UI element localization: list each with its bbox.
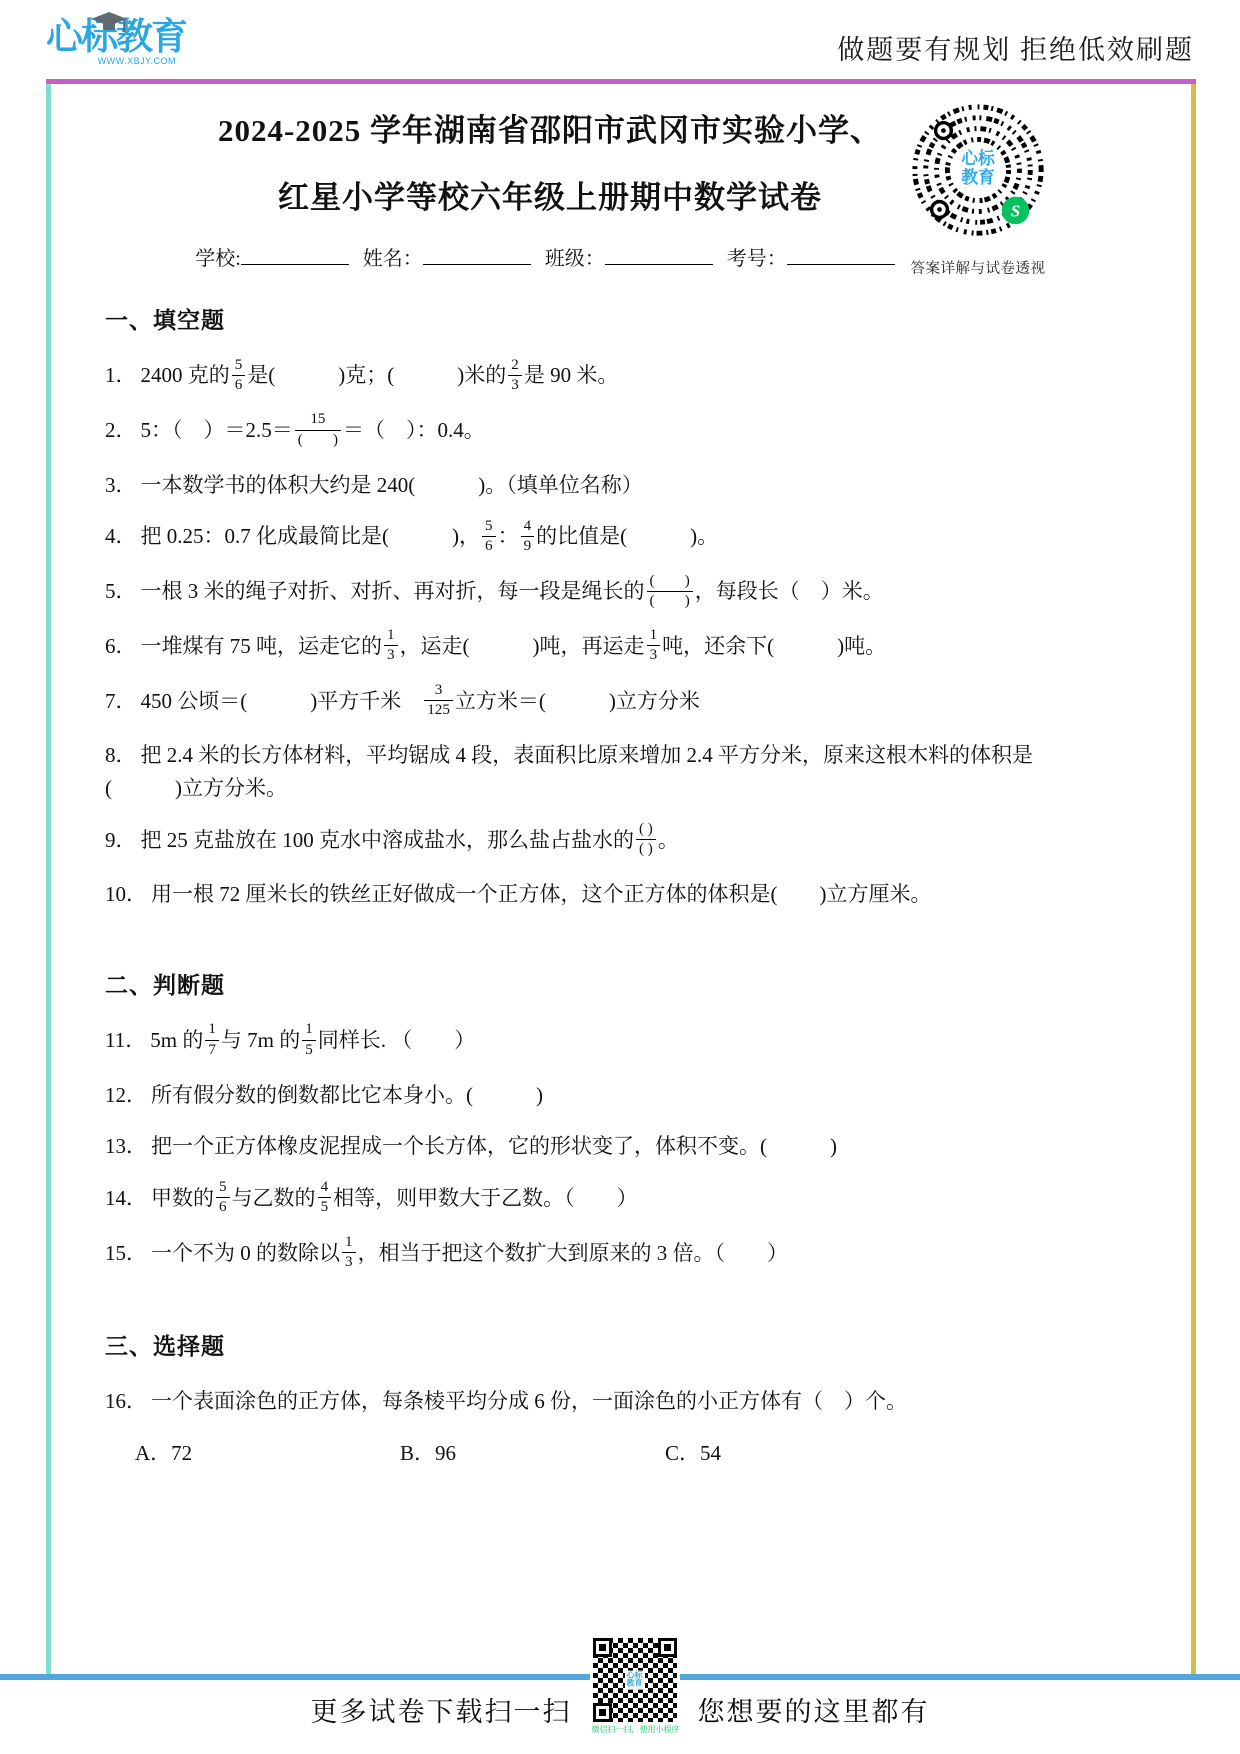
question: 4．把 0.25：0.7 化成最简比是( )，56：49的比值是( )。: [105, 520, 1100, 556]
fraction: 13: [384, 628, 398, 663]
svg-text:教育: 教育: [961, 167, 995, 187]
option: A．72: [135, 1437, 400, 1467]
question-number: 10．: [105, 882, 147, 906]
question-text: ：: [498, 524, 519, 548]
question-text: 把一个正方体橡皮泥捏成一个长方体，它的形状变了，体积不变。( ): [151, 1134, 837, 1158]
question-text: 一个表面涂色的正方体，每条棱平均分成 6 份，一面涂色的小正方体有（ ）个。: [151, 1389, 907, 1413]
fraction-numerator: 1: [647, 628, 661, 645]
fraction: 23: [508, 358, 522, 393]
form-field-blank: [605, 249, 713, 265]
brand-logo-text: 心标教育: [46, 18, 226, 55]
qr-finder-icon: [658, 1638, 677, 1657]
question-number: 2．: [105, 418, 137, 442]
brand-logo-url: WWW.XBJY.COM: [46, 56, 176, 66]
fraction: 56: [216, 1180, 230, 1215]
question-text: 一根 3 米的绳子对折、对折、再对折，每一段是绳长的: [141, 579, 645, 603]
footer-left-text: 更多试卷下载扫一扫: [311, 1690, 572, 1729]
fraction-denominator: 9: [521, 536, 535, 554]
question-number: 1．: [105, 363, 137, 387]
section-heading: 三、选择题: [105, 1328, 1100, 1361]
question-text: 把 2.4 米的长方体材料，平均锯成 4 段，表面积比原来增加 2.4 平方分米…: [105, 743, 1033, 800]
fraction-denominator: 6: [216, 1197, 230, 1215]
footer-qr-caption: 微信扫一扫，使用小程序: [592, 1724, 678, 1735]
section-heading: 二、判断题: [105, 967, 1100, 1000]
fraction-numerator: 1: [384, 628, 398, 645]
question-number: 16．: [105, 1389, 147, 1413]
question: 14．甲数的56与乙数的45相等，则甲数大于乙数。（ ）: [105, 1182, 1100, 1218]
form-line: 学校:姓名：班级：考号：: [110, 242, 990, 271]
question: 10．用一根 72 厘米长的铁丝正好做成一个正方体，这个正方体的体积是( )立方…: [105, 878, 1100, 911]
options-row: A．72B．96C．54: [135, 1437, 1100, 1467]
fraction: 13: [342, 1235, 356, 1270]
fraction-numerator: 5: [216, 1180, 230, 1197]
question-text: 用一根 72 厘米长的铁丝正好做成一个正方体，这个正方体的体积是( )立方厘米。: [151, 882, 931, 906]
fraction: 3125: [424, 683, 453, 718]
fraction-numerator: 4: [521, 519, 535, 536]
fraction-denominator: ( ): [647, 591, 693, 609]
fraction-denominator: ( ): [636, 839, 656, 857]
fraction-denominator: ( ): [295, 430, 341, 448]
fraction-numerator: 1: [342, 1235, 356, 1252]
question-number: 15．: [105, 1241, 147, 1265]
fraction-numerator: 3: [432, 683, 446, 700]
fraction: 15( ): [295, 412, 341, 447]
question-text: 甲数的: [151, 1186, 214, 1210]
question: 5．一根 3 米的绳子对折、对折、再对折，每一段是绳长的( )( )，每段长（ …: [105, 575, 1100, 611]
option: B．96: [400, 1437, 665, 1467]
fraction: 17: [205, 1022, 219, 1057]
fraction: 56: [232, 358, 246, 393]
fraction-numerator: ( ): [647, 574, 693, 591]
question-number: 6．: [105, 634, 137, 658]
footer: 更多试卷下载扫一扫 心标 教育 微信扫一扫，使用小程序 您想要的这里都有: [0, 1684, 1240, 1735]
fraction-denominator: 125: [424, 700, 453, 718]
question-text: 5：（ ）＝2.5＝: [141, 418, 293, 442]
graduation-cap-icon: [88, 10, 130, 34]
form-field-label: 学校:: [195, 248, 241, 270]
paper-title-line2: 红星小学等校六年级上册期中数学试卷: [110, 179, 990, 216]
question-text: 与乙数的: [232, 1186, 316, 1210]
question-number: 8．: [105, 743, 137, 767]
fraction-numerator: ( ): [636, 822, 656, 839]
question: 6．一堆煤有 75 吨，运走它的13，运走( )吨，再运走13吨，还余下( )吨…: [105, 630, 1100, 666]
fraction: 49: [521, 519, 535, 554]
fraction-numerator: 2: [508, 358, 522, 375]
fraction-numerator: 5: [232, 358, 246, 375]
fraction: 45: [318, 1180, 332, 1215]
question-text: 与 7m 的: [221, 1028, 300, 1052]
question: 11．5m 的17与 7m 的15同样长. （ ）: [105, 1024, 1100, 1060]
miniprogram-qr-code: 心标 教育 S 答案详解与试卷透视: [903, 98, 1053, 278]
question: 12．所有假分数的倒数都比它本身小。( ): [105, 1079, 1100, 1112]
svg-text:S: S: [1011, 201, 1020, 220]
fraction-numerator: 15: [307, 412, 328, 429]
question-number: 7．: [105, 689, 137, 713]
header-slogan: 做题要有规划 拒绝低效刷题: [837, 28, 1194, 67]
question-text: 是 90 米。: [524, 363, 619, 387]
fraction-denominator: 3: [384, 645, 398, 663]
qr-finder-icon: [593, 1703, 612, 1722]
form-field: 学校:: [195, 248, 359, 270]
question-text: ，运走( )吨，再运走: [400, 634, 645, 658]
fraction-numerator: 5: [482, 519, 496, 536]
fraction-denominator: 5: [318, 1197, 332, 1215]
fraction: 13: [647, 628, 661, 663]
form-field-blank: [787, 249, 895, 265]
fraction-numerator: 1: [205, 1022, 219, 1039]
footer-right-text: 您想要的这里都有: [698, 1690, 930, 1729]
question-text: ，每段长（ ）米。: [695, 579, 884, 603]
question-number: 14．: [105, 1186, 147, 1210]
section-heading: 一、填空题: [105, 302, 1100, 335]
form-field: 班级：: [545, 248, 723, 270]
svg-text:心标: 心标: [961, 148, 996, 168]
question-text: 5m 的: [150, 1028, 203, 1052]
paper-title-line1: 2024-2025 学年湖南省邵阳市武冈市实验小学、: [110, 112, 990, 149]
question-number: 11．: [105, 1028, 146, 1052]
question-number: 12．: [105, 1083, 147, 1107]
question-text: ，相当于把这个数扩大到原来的 3 倍。（ ）: [358, 1241, 789, 1265]
qr-caption: 答案详解与试卷透视: [903, 257, 1053, 278]
fraction-numerator: 4: [318, 1180, 332, 1197]
question-text: 所有假分数的倒数都比它本身小。( ): [151, 1083, 543, 1107]
frame-line-top: [46, 79, 1196, 84]
question-text: 同样长. （ ）: [318, 1028, 476, 1052]
qr-finder-icon: [593, 1638, 612, 1657]
fraction-denominator: 3: [647, 645, 661, 663]
fraction-denominator: 3: [342, 1252, 356, 1270]
question: 3．一本数学书的体积大约是 240( )。（填单位名称）: [105, 469, 1100, 502]
brand-logo: 心标教育 WWW.XBJY.COM: [46, 18, 226, 78]
question-text: 把 25 克盐放在 100 克水中溶成盐水，那么盐占盐水的: [141, 828, 635, 852]
question-text: ＝（ ）：0.4。: [343, 418, 485, 442]
fraction: ( )( ): [636, 822, 656, 857]
exam-paper-page: 心标教育 WWW.XBJY.COM 做题要有规划 拒绝低效刷题 2024-202…: [0, 0, 1240, 1754]
question-number: 5．: [105, 579, 137, 603]
question-text: 是( )克；( )米的: [247, 363, 506, 387]
form-field-label: 班级：: [545, 248, 605, 270]
form-field-blank: [423, 249, 531, 265]
form-field: 姓名：: [363, 248, 541, 270]
question-text: 。: [658, 828, 679, 852]
question-number: 4．: [105, 524, 137, 548]
footer-qr-graphic: 心标 教育: [593, 1638, 677, 1722]
question-text: 立方米＝( )立方分米: [455, 689, 700, 713]
question-text: 450 公顷＝( )平方千米: [141, 689, 423, 713]
question-text: 2400 克的: [141, 363, 230, 387]
question-text: 一个不为 0 的数除以: [151, 1241, 340, 1265]
fraction-denominator: 6: [482, 536, 496, 554]
fraction: 15: [302, 1022, 316, 1057]
miniprogram-qr-graphic: 心标 教育 S: [904, 98, 1052, 248]
questions-area: 一、填空题1．2400 克的56是( )克；( )米的23是 90 米。2．5：…: [105, 302, 1100, 1485]
form-field-label: 考号：: [727, 248, 787, 270]
fraction: ( )( ): [647, 574, 693, 609]
question-text: 一堆煤有 75 吨，运走它的: [141, 634, 383, 658]
question-text: 一本数学书的体积大约是 240( )。（填单位名称）: [141, 473, 643, 497]
question: 9．把 25 克盐放在 100 克水中溶成盐水，那么盐占盐水的( )( )。: [105, 824, 1100, 860]
question: 2．5：（ ）＝2.5＝15( )＝（ ）：0.4。: [105, 414, 1100, 450]
footer-qr-code: 心标 教育 微信扫一扫，使用小程序: [592, 1638, 678, 1735]
frame-line-left: [46, 84, 51, 1676]
title-block: 2024-2025 学年湖南省邵阳市武冈市实验小学、 红星小学等校六年级上册期中…: [110, 112, 990, 271]
question-text: 把 0.25：0.7 化成最简比是( )，: [141, 524, 481, 548]
question-number: 9．: [105, 828, 137, 852]
option: C．54: [665, 1437, 930, 1467]
form-field-label: 姓名：: [363, 248, 423, 270]
question: 7．450 公顷＝( )平方千米 3125立方米＝( )立方分米: [105, 685, 1100, 721]
fraction-denominator: 6: [232, 375, 246, 393]
form-field-blank: [241, 249, 349, 265]
question: 8．把 2.4 米的长方体材料，平均锯成 4 段，表面积比原来增加 2.4 平方…: [105, 739, 1100, 804]
question: 13．把一个正方体橡皮泥捏成一个长方体，它的形状变了，体积不变。( ): [105, 1130, 1100, 1163]
frame-line-right: [1191, 84, 1196, 1676]
fraction: 56: [482, 519, 496, 554]
fraction-denominator: 3: [508, 375, 522, 393]
question-text: 吨，还余下( )吨。: [662, 634, 886, 658]
footer-qr-logo: 心标 教育: [625, 1671, 645, 1690]
form-field: 考号：: [727, 248, 905, 270]
question: 15．一个不为 0 的数除以13，相当于把这个数扩大到原来的 3 倍。（ ）: [105, 1237, 1100, 1273]
question-text: 的比值是( )。: [536, 524, 718, 548]
question-number: 3．: [105, 473, 137, 497]
question-text: 相等，则甲数大于乙数。（ ）: [333, 1186, 638, 1210]
fraction-denominator: 7: [205, 1040, 219, 1058]
fraction-numerator: 1: [302, 1022, 316, 1039]
question-number: 13．: [105, 1134, 147, 1158]
fraction-denominator: 5: [302, 1040, 316, 1058]
question: 1．2400 克的56是( )克；( )米的23是 90 米。: [105, 359, 1100, 395]
question: 16．一个表面涂色的正方体，每条棱平均分成 6 份，一面涂色的小正方体有（ ）个…: [105, 1385, 1100, 1418]
